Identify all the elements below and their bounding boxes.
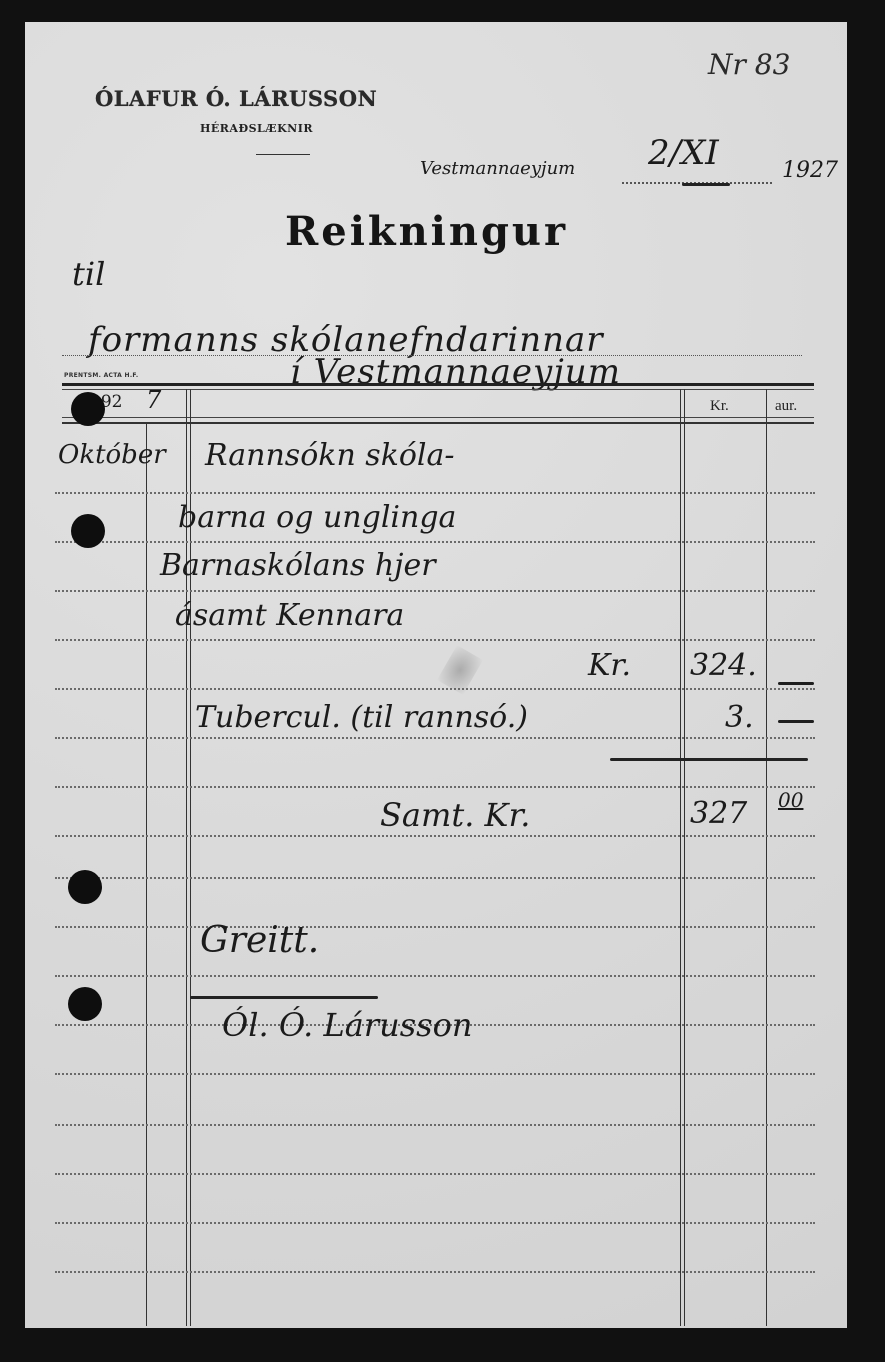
ruled-line (55, 492, 815, 494)
row-amount-aur-dash (778, 682, 814, 685)
recipient-line-2: í Vestmannaeyjum (290, 352, 621, 392)
year-printed: 1927 (782, 158, 838, 183)
column-header-kr: Kr. (710, 398, 729, 415)
total-amount-aur: 00 (778, 788, 803, 812)
row-description: ásamt Kennara (175, 598, 404, 633)
header-bottom-rule (62, 417, 814, 418)
ruled-line (55, 639, 815, 641)
table-top-rule-thin (62, 389, 814, 390)
ruled-line (55, 975, 815, 977)
ruled-line (55, 1271, 815, 1273)
date-handwritten: 2/XI (648, 133, 719, 173)
place-label: Vestmannaeyjum (420, 158, 575, 179)
punch-hole (68, 987, 102, 1021)
punch-hole (71, 392, 105, 426)
row-description: Barnaskólans hjer (160, 548, 436, 583)
ruled-line (55, 1124, 815, 1126)
printer-mark: PRENTSM. ACTA H.F. (64, 372, 139, 379)
row-description: barna og unglinga (178, 500, 456, 535)
row-amount-kr: 324. (690, 648, 757, 683)
ruled-line (55, 688, 815, 690)
document-number: Nr 83 (708, 48, 790, 81)
signature-rule (190, 996, 378, 999)
header-bottom-rule-thick (62, 422, 814, 424)
punch-hole (71, 514, 105, 548)
letterhead-name: ÓLAFUR Ó. LÁRUSSON (95, 86, 377, 111)
paid-status: Greitt. (200, 920, 319, 961)
ruled-line (55, 737, 815, 739)
row-description: Rannsókn skóla- (205, 438, 455, 473)
column-header-aur: aur. (775, 398, 797, 415)
date-underline (682, 183, 730, 186)
row-description: Tubercul. (til rannsó.) (195, 700, 528, 735)
letterhead-title: HÉRAÐSLÆKNIR (200, 122, 313, 135)
ruled-line (55, 926, 815, 928)
column-divider-kr-a (680, 389, 681, 1326)
ruled-line (55, 1173, 815, 1175)
recipient-prefix: til (72, 255, 105, 293)
sum-rule (610, 758, 808, 761)
column-divider-month (146, 422, 147, 1326)
row-amount-aur-dash (778, 720, 814, 723)
table-top-rule (62, 383, 814, 386)
row-month: Október (58, 440, 166, 470)
total-amount-kr: 327 (690, 796, 747, 831)
column-divider-kr-b (684, 389, 685, 1326)
letterhead-divider (256, 154, 310, 155)
column-divider-aur (766, 389, 767, 1326)
page-title: Reikningur (285, 208, 568, 255)
table-year-suffix: 7 (146, 386, 161, 414)
ruled-line (55, 835, 815, 837)
document-number-value: 83 (755, 48, 791, 81)
ruled-line (55, 1073, 815, 1075)
row-amount-kr: 3. (725, 700, 754, 735)
ruled-line (55, 590, 815, 592)
signature: Ól. Ó. Lárusson (222, 1006, 472, 1044)
punch-hole (68, 870, 102, 904)
ruled-line (55, 786, 815, 788)
ruled-line (55, 877, 815, 879)
row-description: Kr. (588, 648, 631, 683)
ruled-line (55, 1222, 815, 1224)
ruled-line (55, 541, 815, 543)
total-label: Samt. Kr. (380, 796, 530, 834)
document-number-label: Nr (708, 48, 746, 81)
